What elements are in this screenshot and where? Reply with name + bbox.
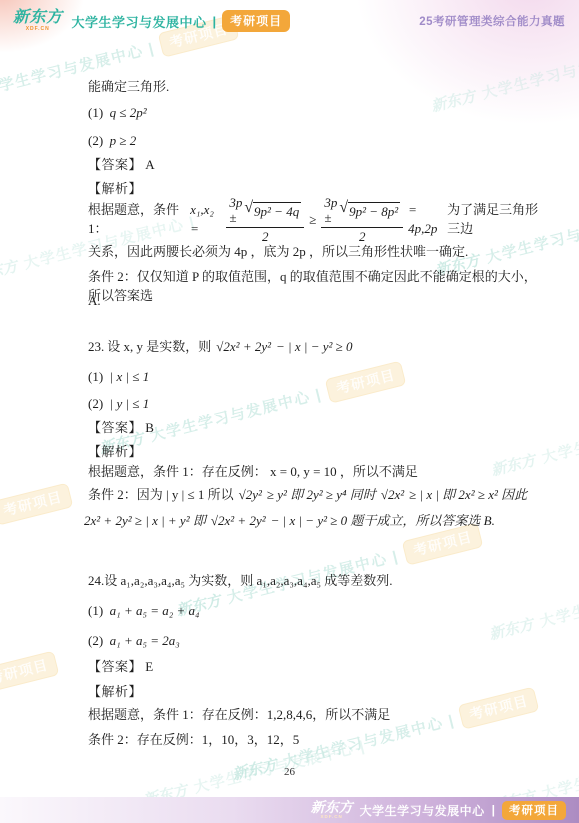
header-program-badge: 考研项目 — [222, 10, 290, 32]
q24-option-1-formula: a₁ + a₅ = a₂ + a₄ — [110, 603, 200, 618]
header-center-title: 大学生学习与发展中心 — [72, 12, 207, 31]
q23-condition-2-line: 条件 2：因为 | y | ≤ 1 所以 √ 2y² ≥ y² 即 2y² ≥ … — [88, 486, 549, 505]
sqrt-sign: √ — [339, 200, 348, 216]
q24-answer-value: E — [145, 659, 153, 674]
q24-option-1: (1) a₁ + a₅ = a₂ + a₄ — [88, 602, 549, 621]
q22-option-2: (2) p ≥ 2 — [88, 132, 549, 151]
page-header: 新东方 XDF.CN 大学生学习与发展中心 | 考研项目 25考研管理类综合能力… — [13, 10, 565, 32]
q24-condition-2-line: 条件 2：存在反例：1，10，3，12，5 — [88, 731, 549, 750]
xdf-logo: 新东方 XDF.CN — [13, 10, 63, 32]
xdf-logo-footer: 新东方 XDF.CN — [311, 800, 353, 820]
square-root: √ 9p² − 8p² — [339, 202, 400, 220]
footer-program-badge: 考研项目 — [502, 801, 566, 820]
xdf-logo-text: 新东方 — [13, 10, 63, 26]
q22-intro-line: 能确定三角形. — [88, 78, 549, 97]
page-number: 26 — [0, 766, 579, 778]
q22-option-2-formula: p ≥ 2 — [110, 133, 137, 148]
q24-option-2: (2) a₁ + a₅ = 2a₃ — [88, 632, 549, 651]
xdf-logo-text: 新东方 — [311, 800, 353, 814]
header-divider: | — [213, 14, 217, 29]
sqrt-sign: √ — [381, 486, 388, 505]
q23-analysis-line-1: 根据题意，条件 1：存在反例： x = 0, y = 10 ，所以不满足 — [88, 463, 549, 482]
sqrt-sign: √ — [211, 512, 218, 531]
q22-condition-1-formula-line: 根据题意，条件 1： x₁,x₂ = 3p ± √ 9p² − 4q 2 ≥ 3… — [88, 196, 549, 244]
fraction: 3p ± √ 9p² − 8p² 2 — [321, 196, 403, 244]
q23-stem: 23. 设 x, y 是实数，则 √ 2x² + 2y² − | x | − y… — [88, 338, 549, 357]
square-root: √ 2y² — [239, 486, 262, 505]
watermark: 新东方 大学生学习与发展中心 | 考研项目 — [0, 650, 60, 750]
fraction: 3p ± √ 9p² − 4q 2 — [226, 196, 304, 244]
q22-analysis-line-4: A. — [88, 292, 549, 311]
watermark: 新东方 大学生学习与发展中心 | 考研项目 — [0, 482, 74, 582]
xdf-logo-subtext: XDF.CN — [320, 815, 342, 820]
q22-option-1-formula: q ≤ 2p² — [110, 105, 147, 120]
q23-option-1: (1) | x | ≤ 1 — [88, 368, 549, 387]
q24-analysis-line-1: 根据题意，条件 1：存在反例：1,2,8,4,6，所以不满足 — [88, 706, 549, 725]
q23-option-1-formula: | x | ≤ 1 — [110, 369, 150, 384]
q22-analysis-line-2: 关系，因此两腰长必须为 4p ，底为 2p ，所以三角形性状唯一确定. — [88, 243, 549, 262]
xdf-logo-subtext: XDF.CN — [26, 27, 50, 32]
sqrt-sign: √ — [216, 338, 223, 357]
q22-answer-value: A — [145, 157, 154, 172]
footer-divider: | — [492, 803, 495, 817]
q23-number: 23. — [88, 338, 104, 357]
sqrt-sign: √ — [239, 486, 246, 505]
q23-analysis-label: 【解析】 — [88, 443, 549, 462]
q24-answer-line: 【答案】 E — [88, 658, 549, 677]
answer-label: 【答案】 — [88, 157, 142, 172]
q24-option-2-formula: a₁ + a₅ = 2a₃ — [110, 633, 180, 648]
footer-center-title: 大学生学习与发展中心 — [360, 802, 485, 819]
q22-answer-line: 【答案】 A — [88, 156, 549, 175]
square-root: √ 2x² — [381, 486, 404, 505]
q23-option-2-formula: | y | ≤ 1 — [110, 396, 150, 411]
q22-option-1: (1) q ≤ 2p² — [88, 104, 549, 123]
square-root: √ 2x² + 2y² — [216, 338, 271, 357]
q23-analysis-line-3: 2x² + 2y² ≥ | x | + y² 即 √ 2x² + 2y² − |… — [84, 512, 549, 531]
q23-answer-line: 【答案】 B — [88, 419, 549, 438]
square-root: √ 9p² − 4q — [244, 202, 301, 220]
q24-analysis-label: 【解析】 — [88, 683, 549, 702]
sqrt-sign: √ — [244, 200, 253, 216]
answer-label: 【答案】 — [88, 659, 142, 674]
document-page: 新东方 大学生学习与发展中心 | 考研项目 新东方 大学生学习与发展中心 | 新… — [0, 0, 579, 823]
square-root: √ 2x² + 2y² — [211, 512, 266, 531]
q23-answer-value: B — [145, 420, 154, 435]
q23-option-2: (2) | y | ≤ 1 — [88, 395, 549, 414]
header-exam-title: 25考研管理类综合能力真题 — [419, 13, 565, 29]
answer-label: 【答案】 — [88, 420, 142, 435]
footer-bar: 新东方 XDF.CN 大学生学习与发展中心 | 考研项目 — [0, 797, 579, 823]
q24-stem: 24.设 a₁,a₂,a₃,a₄,a₅ 为实数，则 a₁,a₂,a₃,a₄,a₅… — [88, 572, 549, 591]
